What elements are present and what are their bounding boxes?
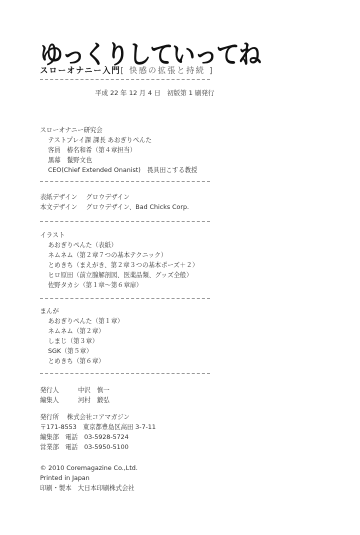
credit-label: 本文デザイン [40,203,78,213]
credit-line: あおぎりぺんた（表紙） [40,241,199,251]
credit-value: 河村 鍛弘 [78,397,109,404]
credit-line: ネムネム（第２章７つの基本テクニック） [40,251,199,261]
section-heading: イラスト [40,231,199,241]
credit-line: 発行人中沢 慎一 [40,386,109,396]
credit-line: 黒幕 鬣野文也 [40,156,197,166]
printed-in: Printed in Japan [40,474,138,484]
section-heading: まんが [40,307,124,317]
copyright-line: © 2010 Coremagazine Co.,Ltd. [40,464,138,474]
publisher-label: 発行所 [40,414,59,421]
credit-label: 表紙デザイン [40,193,78,203]
credit-value: 中沢 慎一 [78,387,109,394]
subtitle-bracket: [ 快感の拡張と持続 ] [121,66,214,75]
staff-section: 発行人中沢 慎一 編集人河村 鍛弘 [40,386,109,406]
credit-line: 本文デザイングロウデザイン、Bad Chicks Corp. [40,203,189,213]
research-group-section: スローオナニー研究会 テストプレイ課 課長 あおぎりぺんた 客員 椿名和希（第４… [40,126,197,176]
credit-line: テストプレイ課 課長 あおぎりぺんた [40,136,197,146]
colophon-page: ゆっくりしていってね スローオナニー入門[ 快感の拡張と持続 ] 平成 22 年… [0,0,360,535]
credit-line: SGK（第５章） [40,347,124,357]
credit-line: ネムネム（第２章） [40,327,124,337]
divider [40,298,210,299]
credit-line: とめきち（まえがき、第２章３つの基本ポーズ＋２） [40,261,199,271]
sales-phone: 営業部 電話 03-5950-5100 [40,443,156,453]
section-heading: スローオナニー研究会 [40,126,197,136]
manga-section: まんが あおぎりぺんた（第１章） ネムネム（第２章） しまじ（第３章） SGK（… [40,307,124,367]
credit-line: しまじ（第３章） [40,337,124,347]
credit-line: ヒロ原田（前立腺解剖図、医薬品類、グッズ全般） [40,271,199,281]
editorial-phone: 編集部 電話 03-5928-5724 [40,433,156,443]
credit-label: 発行人 [40,386,78,396]
publisher-section: 発行所株式会社コアマガジン 〒171-8553 東京都豊島区高田 3-7-11 … [40,413,156,453]
book-title: ゆっくりしていってね [40,41,261,69]
divider [40,79,210,80]
illustration-section: イラスト あおぎりぺんた（表紙） ネムネム（第２章７つの基本テクニック） とめき… [40,231,199,291]
credit-line: CEO(Chief Extended Onanist) 畏具田こする教授 [40,166,197,176]
book-subtitle: スローオナニー入門[ 快感の拡張と持続 ] [40,66,214,76]
credit-value: グロウデザイン [86,194,130,201]
publisher-line: 発行所株式会社コアマガジン [40,413,156,423]
credit-line: 客員 椿名和希（第４章担当） [40,146,197,156]
credit-line: 表紙デザイングロウデザイン [40,193,189,203]
publisher-name: 株式会社コアマガジン [67,414,130,421]
publish-date: 平成 22 年 12 月 4 日 初版第 1 刷発行 [95,88,214,97]
credit-label: 編集人 [40,396,78,406]
divider [40,221,210,222]
copyright-section: © 2010 Coremagazine Co.,Ltd. Printed in … [40,464,138,494]
credit-value: グロウデザイン、Bad Chicks Corp. [86,204,189,211]
credit-line: 佐野タカシ（第１章～第６章扉） [40,281,199,291]
credit-line: 編集人河村 鍛弘 [40,396,109,406]
subtitle-main: スローオナニー入門 [40,66,121,75]
credit-line: とめきち（第６章） [40,357,124,367]
design-section: 表紙デザイングロウデザイン 本文デザイングロウデザイン、Bad Chicks C… [40,193,189,213]
printer-line: 印刷・製本 大日本印刷株式会社 [40,484,138,494]
divider [40,181,210,182]
divider [40,373,210,374]
publisher-address: 〒171-8553 東京都豊島区高田 3-7-11 [40,423,156,433]
credit-line: あおぎりぺんた（第１章） [40,317,124,327]
